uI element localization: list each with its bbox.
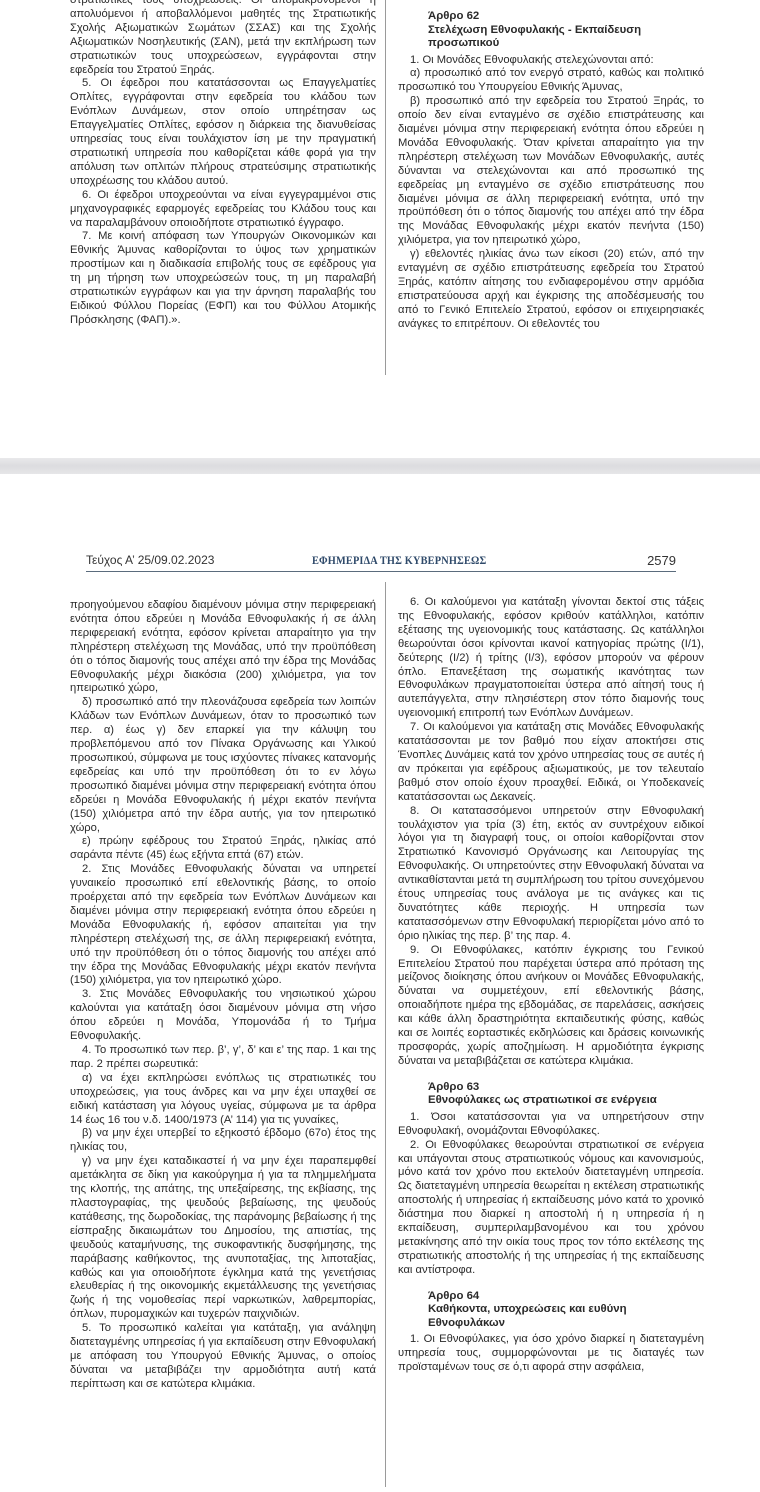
- paragraph: γ) εθελοντές ηλικίας άνω των είκοσι (20)…: [398, 248, 704, 331]
- paragraph: 1. Οι Εθνοφύλακες, για όσο χρόνο διαρκεί…: [398, 1333, 704, 1375]
- paragraph: 5. Το προσωπικό καλείται για κατάταξη, γ…: [70, 1322, 376, 1392]
- article-number: Άρθρο 64: [428, 1290, 704, 1304]
- paragraph: α) προσωπικό από τον ενεργό στρατό, καθώ…: [398, 67, 704, 95]
- article-number: Άρθρο 62: [428, 10, 704, 24]
- page-header: Τεύχος Α’ 25/09.02.2023 ΕΦΗΜΕΡΙΔΑ ΤΗΣ ΚΥ…: [86, 553, 676, 572]
- paragraph: 1. Οι Μονάδες Εθνοφυλακής στελεχώνονται …: [398, 54, 704, 68]
- article-62-heading: Άρθρο 62 Στελέχωση Εθνοφυλακής - Εκπαίδε…: [428, 10, 704, 51]
- column-divider: [385, 582, 386, 1487]
- document-page-previous: στρατιωτικές τους υποχρεώσεις. Οι απομακ…: [0, 0, 760, 458]
- page2-right-column: 6. Οι καλούμενοι για κατάταξη γίνονται δ…: [398, 596, 704, 1375]
- paragraph: 6. Οι καλούμενοι για κατάταξη γίνονται δ…: [398, 596, 704, 721]
- paragraph: προηγούμενου εδαφίου διαμένουν μόνιμα στ…: [70, 599, 376, 696]
- paragraph: 3. Στις Μονάδες Εθνοφυλακής του νησιωτικ…: [70, 988, 376, 1044]
- paragraph: α) να έχει εκπληρώσει ενόπλως τις στρατι…: [70, 1072, 376, 1128]
- page-number: 2579: [647, 553, 676, 568]
- column-divider: [385, 0, 386, 375]
- page2-left-column: προηγούμενου εδαφίου διαμένουν μόνιμα στ…: [70, 599, 376, 1392]
- article-number: Άρθρο 63: [428, 1081, 704, 1095]
- document-page-2579: Τεύχος Α’ 25/09.02.2023 ΕΦΗΜΕΡΙΔΑ ΤΗΣ ΚΥ…: [0, 474, 760, 1492]
- paragraph: 9. Οι Εθνοφύλακες, κατόπιν έγκρισης του …: [398, 944, 704, 1069]
- article-63-heading: Άρθρο 63 Εθνοφύλακες ως στρατιωτικοί σε …: [428, 1081, 704, 1108]
- paragraph: 6. Οι έφεδροι υποχρεούνται να είναι εγγε…: [70, 189, 376, 231]
- paragraph: 2. Στις Μονάδες Εθνοφυλακής δύναται να υ…: [70, 863, 376, 988]
- paragraph: δ) προσωπικό από την πλεονάζουσα εφεδρεί…: [70, 696, 376, 835]
- paragraph: 4. Το προσωπικό των περ. β’, γ’, δ’ και …: [70, 1044, 376, 1072]
- issue-label: Τεύχος Α’ 25/09.02.2023: [86, 553, 214, 567]
- paragraph: γ) να μην έχει καταδικαστεί ή να μην έχε…: [70, 1155, 376, 1322]
- paragraph: β) να μην έχει υπερβεί το εξηκοστό έβδομ…: [70, 1127, 376, 1155]
- paragraph: 7. Με κοινή απόφαση των Υπουργών Οικονομ…: [70, 230, 376, 327]
- article-title: Εθνοφύλακες ως στρατιωτικοί σε ενέργεια: [428, 1094, 704, 1108]
- gazette-title: ΕΦΗΜΕΡΙΔΑ ΤΗΣ ΚΥΒΕΡΝΗΣΕΩΣ: [312, 553, 486, 568]
- paragraph: 8. Οι κατατασσόμενοι υπηρετούν στην Εθνο…: [398, 805, 704, 944]
- paragraph: 5. Οι έφεδροι που κατατάσσονται ως Επαγγ…: [70, 77, 376, 188]
- article-title: Στελέχωση Εθνοφυλακής - Εκπαίδευση: [428, 24, 704, 38]
- article-64-heading: Άρθρο 64 Καθήκοντα, υποχρεώσεις και ευθύ…: [428, 1290, 704, 1331]
- paragraph: ε) πρώην εφέδρους του Στρατού Ξηράς, ηλι…: [70, 835, 376, 863]
- page1-left-column: στρατιωτικές τους υποχρεώσεις. Οι απομακ…: [70, 0, 376, 328]
- paragraph: 1. Όσοι κατατάσσονται για να υπηρετήσουν…: [398, 1111, 704, 1139]
- article-title: Καθήκοντα, υποχρεώσεις και ευθύνη: [428, 1303, 704, 1317]
- paragraph: 2. Οι Εθνοφύλακες θεωρούνται στρατιωτικο…: [398, 1139, 704, 1278]
- page1-right-column: Άρθρο 62 Στελέχωση Εθνοφυλακής - Εκπαίδε…: [398, 10, 704, 332]
- page-separator: [0, 458, 760, 474]
- article-title: Εθνοφυλάκων: [428, 1317, 704, 1331]
- paragraph: 7. Οι καλούμενοι για κατάταξη στις Μονάδ…: [398, 721, 704, 804]
- article-title: προσωπικού: [428, 37, 704, 51]
- paragraph: στρατιωτικές τους υποχρεώσεις. Οι απομακ…: [70, 0, 376, 77]
- paragraph: β) προσωπικό από την εφεδρεία του Στρατο…: [398, 95, 704, 248]
